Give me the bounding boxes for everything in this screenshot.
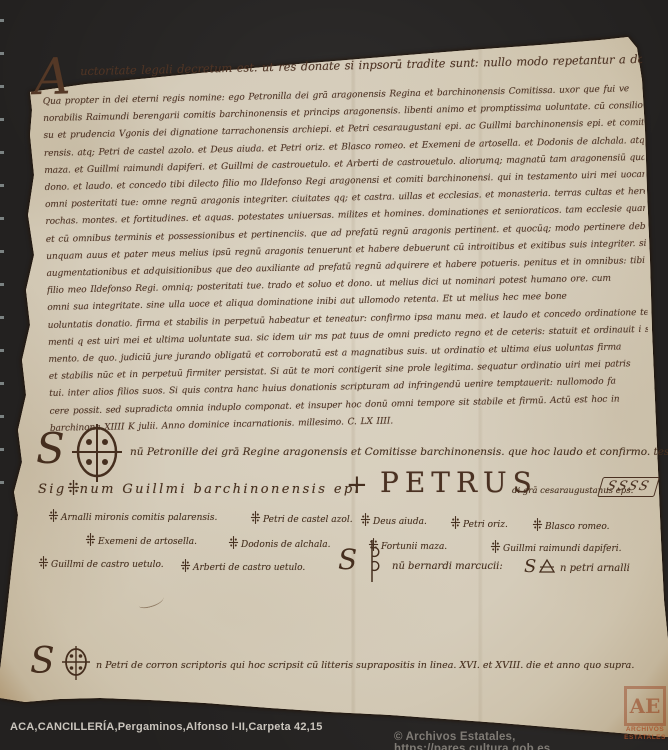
illuminated-initial: A — [34, 51, 71, 102]
witness-name: Petri de castel azol. — [263, 515, 353, 525]
archive-reference-caption: ACA,CANCILLERÍA,Pergaminos,Alfonso I-II,… — [10, 721, 323, 733]
witness-name: Blasco romeo. — [545, 522, 610, 532]
witness-signature: Guillmi de castro uetulo. — [38, 556, 164, 570]
petronilla-wheel-signum-icon — [72, 424, 122, 482]
witness-name: Guillmi raimundi dapiferi. — [503, 544, 622, 554]
watermark-text: ESTATALES — [622, 734, 668, 742]
witness-signature: Petri oriz. — [450, 516, 508, 530]
petri-arnalli-signum-icon — [538, 558, 556, 574]
witness-signature: Guillmi raimundi dapiferi. — [490, 540, 622, 554]
stray-pen-mark — [137, 593, 165, 610]
sig-prefix: Sig — [38, 482, 67, 497]
scribe-subscription: n Petri de corron scriptoris qui hoc scr… — [96, 660, 634, 671]
witness-signature: Petri de castel azol. — [250, 511, 353, 525]
witness-signature: Blasco romeo. — [532, 518, 610, 532]
scribe-signum-s: S — [30, 644, 55, 680]
charter-text-block: A uctoritate legali decretum est. ut res… — [42, 51, 650, 438]
witness-signature: Exemeni de artosella. — [85, 533, 197, 547]
sig-rest: num Guillmi barchinonensis epi — [80, 482, 362, 497]
charter-line: uctoritate legali decretum est. ut res d… — [42, 51, 642, 80]
witness-name: Fortunii maza. — [381, 542, 447, 552]
petronilla-signum-s: S — [36, 428, 65, 470]
watermark-emblem-icon: AE — [624, 686, 666, 726]
signum-cross-icon — [67, 480, 80, 495]
guillem-barchinona-subscription: Sig num Guillmi barchinonensis epi — [38, 480, 361, 497]
witness-signature: Arnalli mironis comitis palarensis. — [48, 509, 217, 523]
petri-arnalli-subscription: n petri arnalli — [560, 563, 630, 574]
witness-name: Guillmi de castro uetulo. — [51, 560, 164, 570]
witness-name: Deus aiuda. — [373, 517, 427, 527]
watermark-text: ARCHIVOS — [622, 726, 668, 734]
autograph-cross: + — [346, 470, 368, 500]
bernardi-signum-s: S — [338, 546, 357, 574]
witness-name: Arnalli mironis comitis palarensis. — [61, 513, 217, 523]
archivos-estatales-watermark: AE ARCHIVOS ESTATALES — [622, 686, 668, 742]
witness-name: Arberti de castro uetulo. — [193, 563, 305, 573]
witness-name: Petri oriz. — [463, 520, 508, 530]
bernardi-subscription: nū bernardi marcucii: — [392, 561, 503, 572]
witness-name: Dodonis de alchala. — [241, 540, 330, 550]
scribe-wheel-signum-icon — [62, 646, 90, 680]
petronilla-subscription: nū Petronille dei grā Regine aragonensis… — [130, 446, 668, 458]
witness-signature: Deus aiuda. — [360, 513, 427, 527]
episcopal-flourish-icon: SSSS — [597, 477, 660, 497]
bernardi-staff-signum-icon — [364, 540, 380, 582]
witness-signature: Arberti de castro uetulo. — [180, 559, 305, 573]
petri-arnalli-signum-s: S — [524, 558, 536, 576]
witness-signature: Dodonis de alchala. — [228, 536, 330, 550]
manuscript-ink-layer: A uctoritate legali decretum est. ut res… — [0, 0, 668, 750]
witness-name: Exemeni de artosella. — [98, 537, 197, 547]
